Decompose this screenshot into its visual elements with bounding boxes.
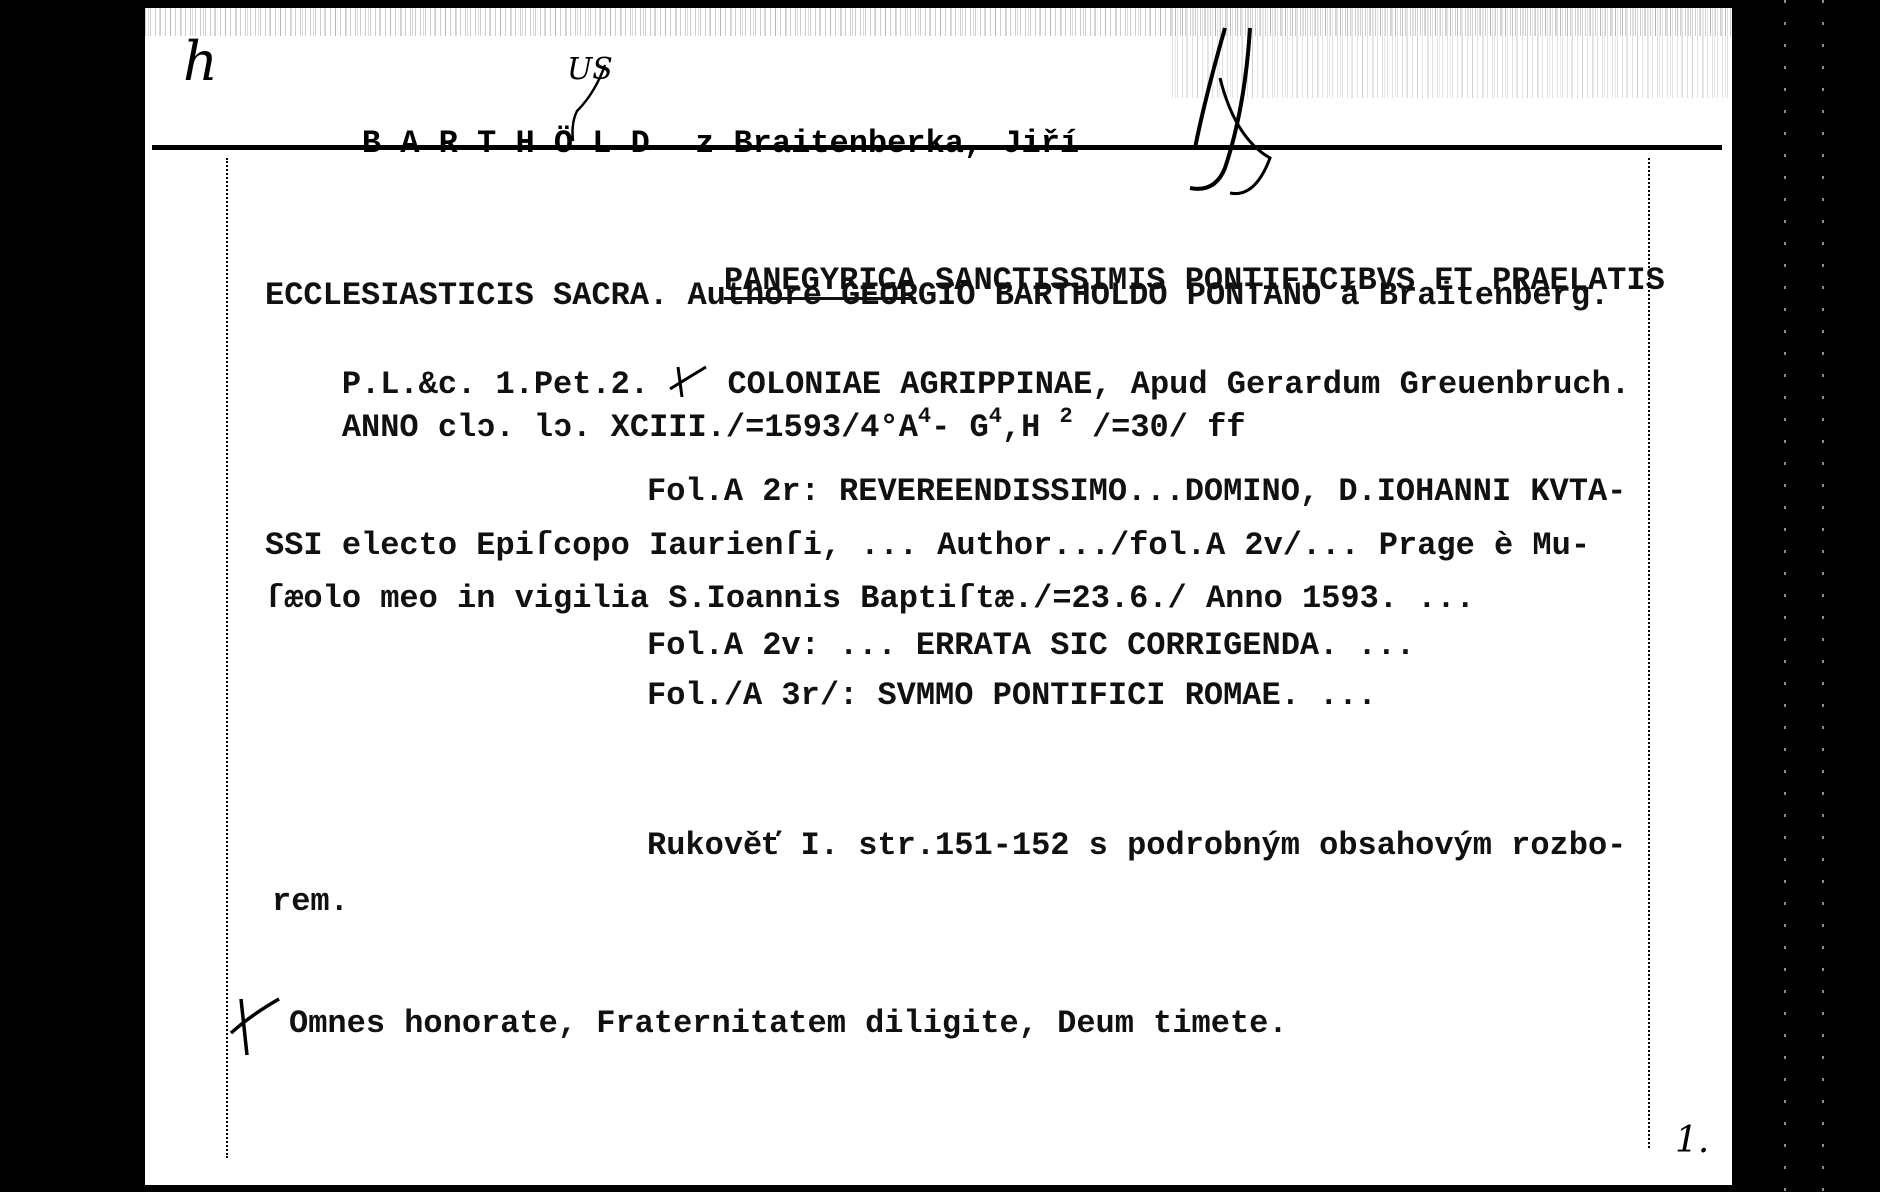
motto-cross-mark-icon [229,995,281,1057]
header-rule [152,145,1722,150]
title-line-2: ECCLESIASTICIS SACRA. Authore GEORGIO BA… [265,280,1609,312]
imprint-sup-3: 2 [1060,404,1073,429]
scan-border-strip [1732,0,1880,1192]
heading-rest: z Braitenberka, Jiří [676,125,1079,162]
imprint-d: /=30/ ff [1073,409,1246,446]
imprint-c: ,H [1002,409,1060,446]
imprint-a: ANNO clɔ. lɔ. XCIII./=1593/4°A [342,409,918,446]
imprint-line: ANNO clɔ. lɔ. XCIII./=1593/4°A4- G4,H 2 … [265,380,1246,476]
left-margin-dotted-line [226,158,228,1158]
catalog-card: h B A R T H Ö L D z Braitenberka, Jiří U… [145,8,1732,1185]
folio-line: ſæolo meo in vigilia S.Ioannis Baptiſtæ.… [265,583,1475,615]
handwritten-card-number: 1. [1675,1120,1709,1161]
folio-line: Fol.A 2r: REVEREENDISSIMO...DOMINO, D.IO… [647,476,1626,508]
imprint-sup-2: 4 [989,404,1002,429]
imprint-sup-1: 4 [918,404,931,429]
handwritten-initial: h [183,30,218,93]
imprint-b: - G [931,409,989,446]
reference-line-2: rem. [272,886,349,918]
folio-line: Fol.A 2v: ... ERRATA SIC CORRIGENDA. ... [647,630,1415,662]
paperclip-scribble [1185,18,1325,198]
handwritten-slash [555,63,615,143]
motto: Omnes honorate, Fraternitatem diligite, … [289,1008,1288,1040]
folio-line: SSI electo Epiſcopo Iaurienſi, ... Autho… [265,530,1590,562]
card-heading: B A R T H Ö L D z Braitenberka, Jiří [285,88,1079,199]
folio-line: Fol./A 3r/: SVMMO PONTIFICI ROMAE. ... [647,680,1377,712]
reference-line-1: Rukověť I. str.151-152 s podrobným obsah… [647,830,1626,862]
